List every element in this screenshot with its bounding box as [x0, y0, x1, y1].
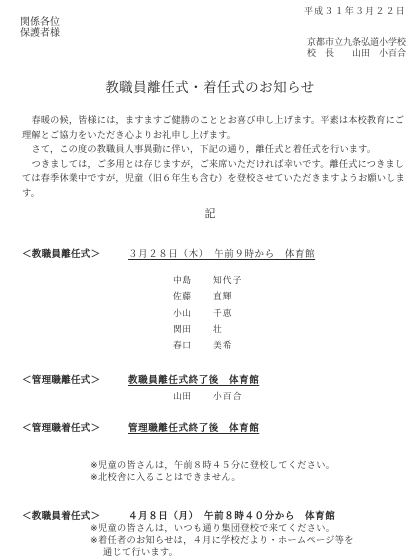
- given-name: 壮: [213, 322, 223, 338]
- name-row: 小山千恵: [173, 306, 242, 322]
- recipients: 関係各位 保護者様: [20, 17, 60, 39]
- staff-welcome-notes: ※児童の皆さんは，いつも通り集団登校で来てください。 ※着任者のお知らせは，４月…: [90, 523, 354, 559]
- note-line: ※着任者のお知らせは，４月に学校だより・ホームページ等を: [90, 535, 354, 547]
- surname: 中島: [173, 273, 213, 289]
- name-row: 中島知代子: [173, 273, 242, 289]
- document-title: 教職員離任式・着任式のお知らせ: [0, 76, 420, 96]
- surname: 春口: [173, 338, 213, 354]
- given-name: 美希: [213, 338, 233, 354]
- note-line: ※北校舎に入ることはできません。: [90, 472, 335, 484]
- name-row: 関田壮: [173, 322, 242, 338]
- name-row: 春口美希: [173, 338, 242, 354]
- surname: 山田: [173, 389, 213, 405]
- note-line: ※児童の皆さんは，午前８時４５分に登校してください。: [90, 460, 335, 472]
- given-name: 千恵: [213, 306, 233, 322]
- section-detail-staff-farewell: ３月２８日（木） 午前９時から 体育館: [128, 246, 315, 260]
- surname: 小山: [173, 306, 213, 322]
- section-label-admin-farewell: ＜管理職離任式＞: [22, 372, 100, 386]
- section-label-staff-farewell: ＜教職員離任式＞: [22, 246, 100, 260]
- principal-name: 校 長 山田 小百合: [307, 49, 406, 60]
- body-paragraph: つきましては，ご多用とは存じますが，ご来席いただければ幸いです。離任式につきまし…: [22, 158, 412, 202]
- section-detail-staff-welcome: ４月８日（月） 午前８時４０分から 体育館: [128, 508, 335, 522]
- given-name: 直輝: [213, 289, 233, 305]
- recipient-line: 関係各位: [20, 17, 60, 28]
- staff-name-list: 中島知代子 佐藤直輝 小山千恵 関田壮 春口美希: [173, 273, 242, 354]
- admin-name-list: 山田小百合: [173, 389, 242, 405]
- surname: 関田: [173, 322, 213, 338]
- section-label-staff-welcome: ＜教職員着任式＞: [22, 508, 100, 522]
- name-row: 佐藤直輝: [173, 289, 242, 305]
- body-text: 春暖の候，皆様には，ますますご健勝のこととお喜び申し上げます。平素は本校教育にご…: [22, 114, 412, 201]
- given-name: 小百合: [213, 389, 242, 405]
- surname: 佐藤: [173, 289, 213, 305]
- section-label-admin-welcome: ＜管理職着任式＞: [22, 420, 100, 434]
- section-detail-admin-farewell: 教職員離任式終了後 体育館: [128, 372, 259, 386]
- note-line: ※児童の皆さんは，いつも通り集団登校で来てください。: [90, 523, 354, 535]
- body-paragraph: 春暖の候，皆様には，ますますご健勝のこととお喜び申し上げます。平素は本校教育にご…: [22, 114, 412, 143]
- document-date: 平成３１年３月２２日: [304, 4, 406, 17]
- name-row: 山田小百合: [173, 389, 242, 405]
- note-line: 通じて行います。: [90, 547, 354, 559]
- admin-welcome-notes: ※児童の皆さんは，午前８時４５分に登校してください。 ※北校舎に入ることはできま…: [90, 460, 335, 484]
- section-detail-admin-welcome: 管理職離任式終了後 体育館: [128, 420, 259, 434]
- body-paragraph: さて，この度の教職員人事異動に伴い，下記の通り，離任式と着任式を行います。: [22, 143, 412, 158]
- school-name: 京都市立九条弘道小学校: [307, 38, 406, 49]
- given-name: 知代子: [213, 273, 242, 289]
- sender-block: 京都市立九条弘道小学校 校 長 山田 小百合: [307, 38, 406, 60]
- ki-heading: 記: [0, 205, 420, 221]
- recipient-line: 保護者様: [20, 28, 60, 39]
